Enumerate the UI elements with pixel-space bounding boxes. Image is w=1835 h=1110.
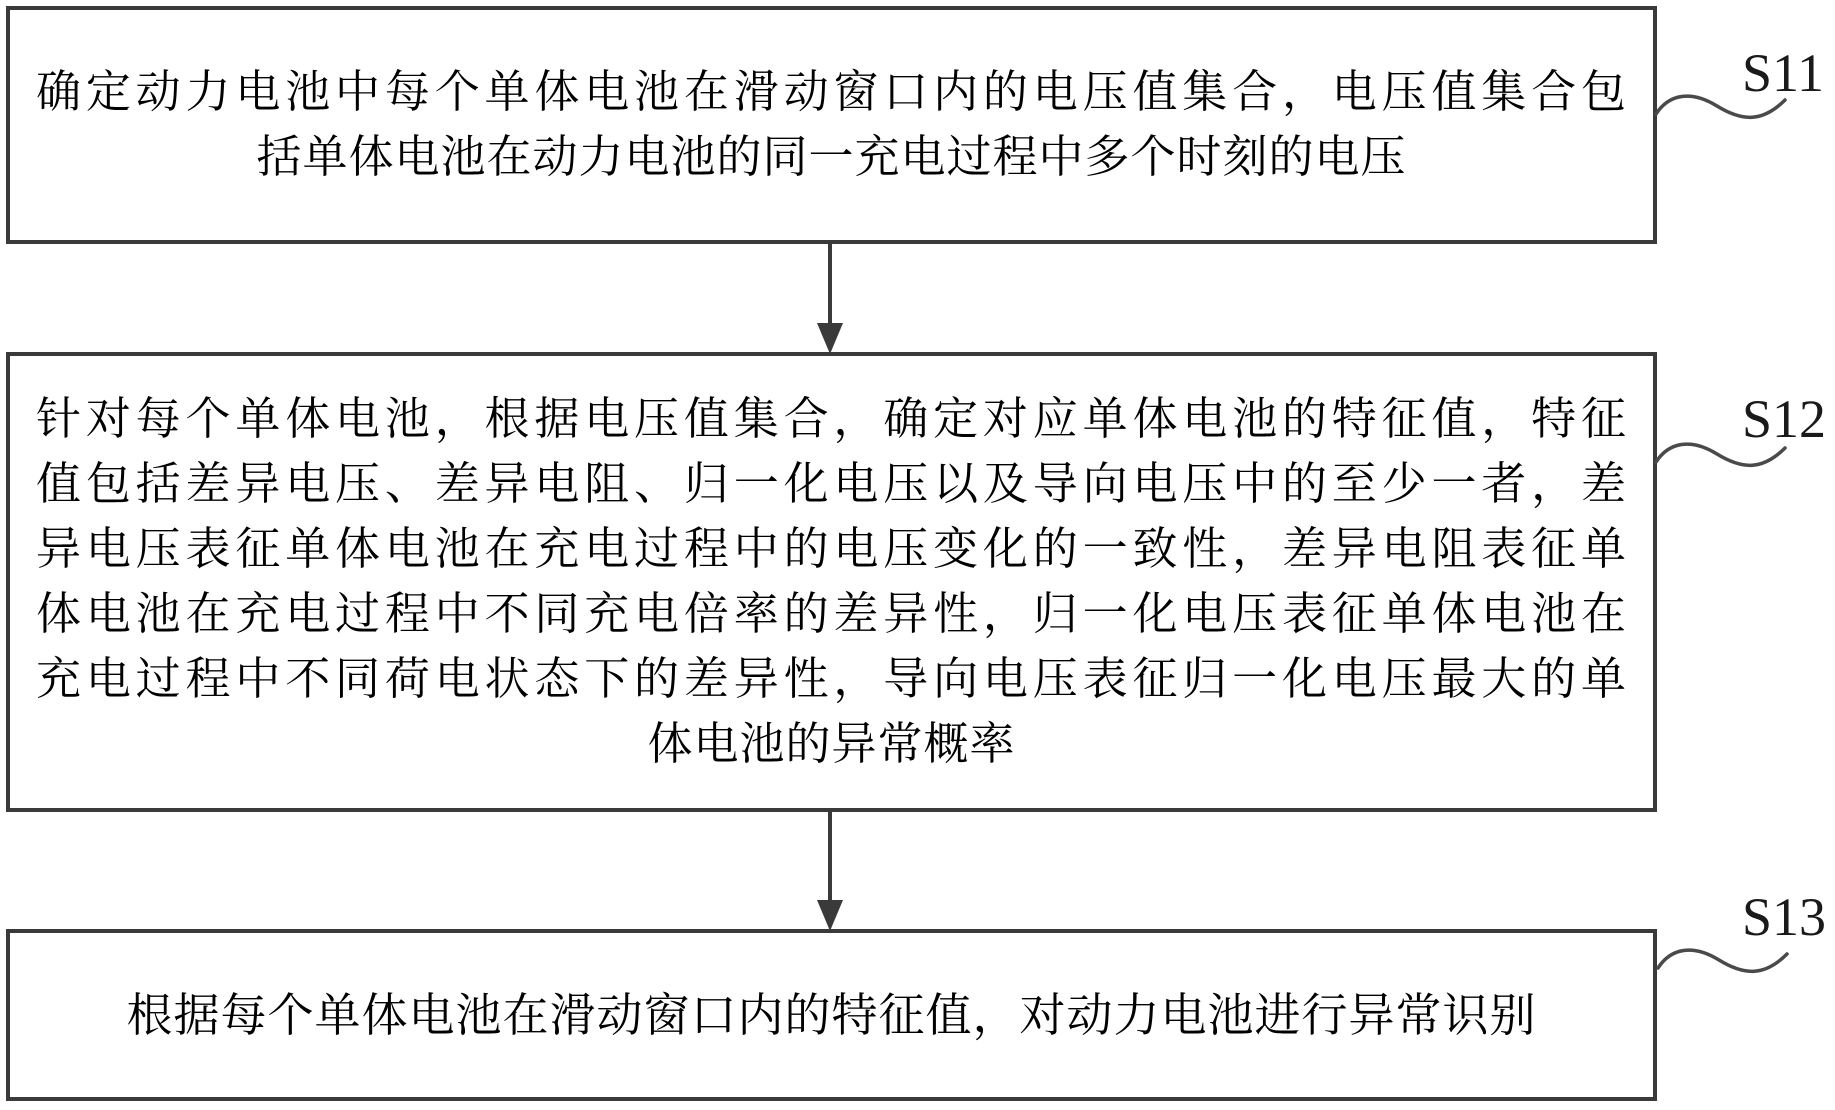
step1-text-line-1: 确定动力电池中每个单体电池在滑动窗口内的电压值集合，电压值集合包: [36, 60, 1627, 125]
step-label-s12: S12: [1742, 392, 1826, 446]
step-label-s11: S11: [1742, 46, 1824, 100]
flowchart-figure: 确定动力电池中每个单体电池在滑动窗口内的电压值集合，电压值集合包 括单体电池在动…: [0, 0, 1835, 1110]
step3-text-line-1: 根据每个单体电池在滑动窗口内的特征值，对动力电池进行异常识别: [36, 983, 1627, 1048]
step1-text-line-2: 括单体电池在动力电池的同一充电过程中多个时刻的电压: [36, 125, 1627, 190]
process-box-step3: 根据每个单体电池在滑动窗口内的特征值，对动力电池进行异常识别: [6, 929, 1657, 1101]
step2-text-line-1: 针对每个单体电池，根据电压值集合，确定对应单体电池的特征值，特征: [36, 387, 1627, 452]
squiggle-connector-s13-icon: [1655, 942, 1790, 982]
arrow-connector-2-head-icon: [817, 900, 843, 931]
step2-text-line-4: 体电池在充电过程中不同充电倍率的差异性，归一化电压表征单体电池在: [36, 582, 1627, 647]
step2-text-line-3: 异电压表征单体电池在充电过程中的电压变化的一致性，差异电阻表征单: [36, 517, 1627, 582]
process-box-step1: 确定动力电池中每个单体电池在滑动窗口内的电压值集合，电压值集合包 括单体电池在动…: [6, 6, 1657, 244]
step-label-s13: S13: [1742, 890, 1826, 944]
arrow-connector-2-line: [828, 810, 832, 902]
step2-text-line-2: 值包括差异电压、差异电阻、归一化电压以及导向电压中的至少一者，差: [36, 452, 1627, 517]
process-box-step2: 针对每个单体电池，根据电压值集合，确定对应单体电池的特征值，特征 值包括差异电压…: [6, 352, 1657, 812]
arrow-connector-1-line: [828, 242, 832, 326]
arrow-connector-1-head-icon: [817, 323, 843, 354]
step2-text-line-6: 体电池的异常概率: [36, 712, 1627, 777]
step2-text-line-5: 充电过程中不同荷电状态下的差异性，导向电压表征归一化电压最大的单: [36, 647, 1627, 712]
